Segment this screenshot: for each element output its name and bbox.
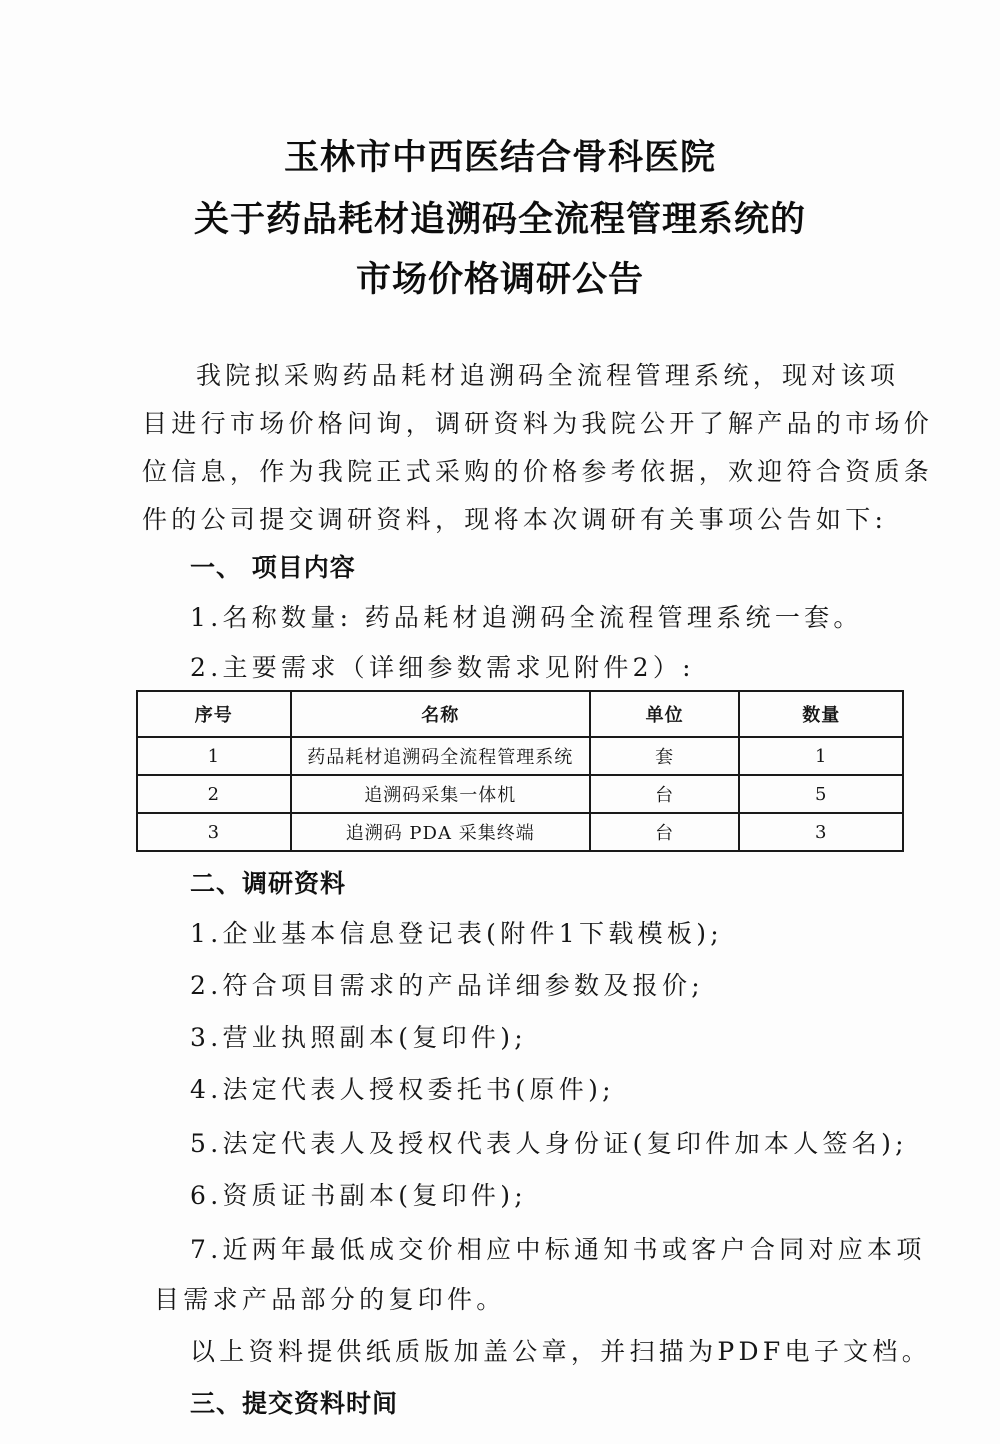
header-name: 名称 [291,691,590,737]
cell-name: 追溯码采集一体机 [291,775,590,813]
section-1-heading: 一、 项目内容 [190,548,356,584]
document-page: 玉林市中西医结合骨科医院 关于药品耗材追溯码全流程管理系统的 市场价格调研公告 … [0,0,1000,1444]
section-2-item-5: 5.法定代表人及授权代表人身份证(复印件加本人签名); [190,1124,908,1160]
table-row: 1 药品耗材追溯码全流程管理系统 套 1 [137,737,903,775]
cell-unit: 台 [590,775,740,813]
section-2-note: 以上资料提供纸质版加盖公章，并扫描为PDF电子文档。 [190,1332,931,1368]
cell-unit: 台 [590,813,740,851]
requirements-table: 序号 名称 单位 数量 1 药品耗材追溯码全流程管理系统 套 1 2 追溯码采集… [136,690,904,852]
title-hospital-name: 玉林市中西医结合骨科医院 [0,130,1000,180]
section-2-item-4: 4.法定代表人授权委托书(原件); [190,1070,615,1106]
section-3-heading: 三、提交资料时间 [190,1384,398,1420]
cell-name: 追溯码 PDA 采集终端 [291,813,590,851]
table-row: 2 追溯码采集一体机 台 5 [137,775,903,813]
header-unit: 单位 [590,691,740,737]
intro-line-4: 件的公司提交调研资料，现将本次调研有关事项公告如下: [142,500,887,536]
title-subject: 关于药品耗材追溯码全流程管理系统的 [0,192,1000,242]
cell-quantity: 1 [739,737,903,775]
section-2-heading: 二、调研资料 [190,864,346,900]
section-2-item-6: 6.资质证书副本(复印件); [190,1176,527,1212]
table-row: 3 追溯码 PDA 采集终端 台 3 [137,813,903,851]
section-2-item-7: 7.近两年最低成交价相应中标通知书或客户合同对应本项 [190,1230,926,1266]
header-quantity: 数量 [739,691,903,737]
cell-index: 3 [137,813,291,851]
section-2-item-7-cont: 目需求产品部分的复印件。 [154,1280,506,1316]
section-2-item-3: 3.营业执照副本(复印件); [190,1018,527,1054]
section-2-item-2: 2.符合项目需求的产品详细参数及报价; [190,966,704,1002]
header-index: 序号 [137,691,291,737]
title-announcement: 市场价格调研公告 [0,252,1000,302]
section-1-item-2: 2.主要需求（详细参数需求见附件2）: [190,648,695,684]
section-1-item-1: 1.名称数量: 药品耗材追溯码全流程管理系统一套。 [190,598,863,634]
table-header-row: 序号 名称 单位 数量 [137,691,903,737]
intro-line-1: 我院拟采购药品耗材追溯码全流程管理系统，现对该项 [196,356,899,392]
cell-unit: 套 [590,737,740,775]
section-2-item-1: 1.企业基本信息登记表(附件1下载模板); [190,914,723,950]
cell-quantity: 3 [739,813,903,851]
intro-line-2: 目进行市场价格问询，调研资料为我院公开了解产品的市场价 [142,404,933,440]
cell-index: 2 [137,775,291,813]
intro-line-3: 位信息，作为我院正式采购的价格参考依据，欢迎符合资质条 [142,452,933,488]
cell-index: 1 [137,737,291,775]
cell-name: 药品耗材追溯码全流程管理系统 [291,737,590,775]
cell-quantity: 5 [739,775,903,813]
